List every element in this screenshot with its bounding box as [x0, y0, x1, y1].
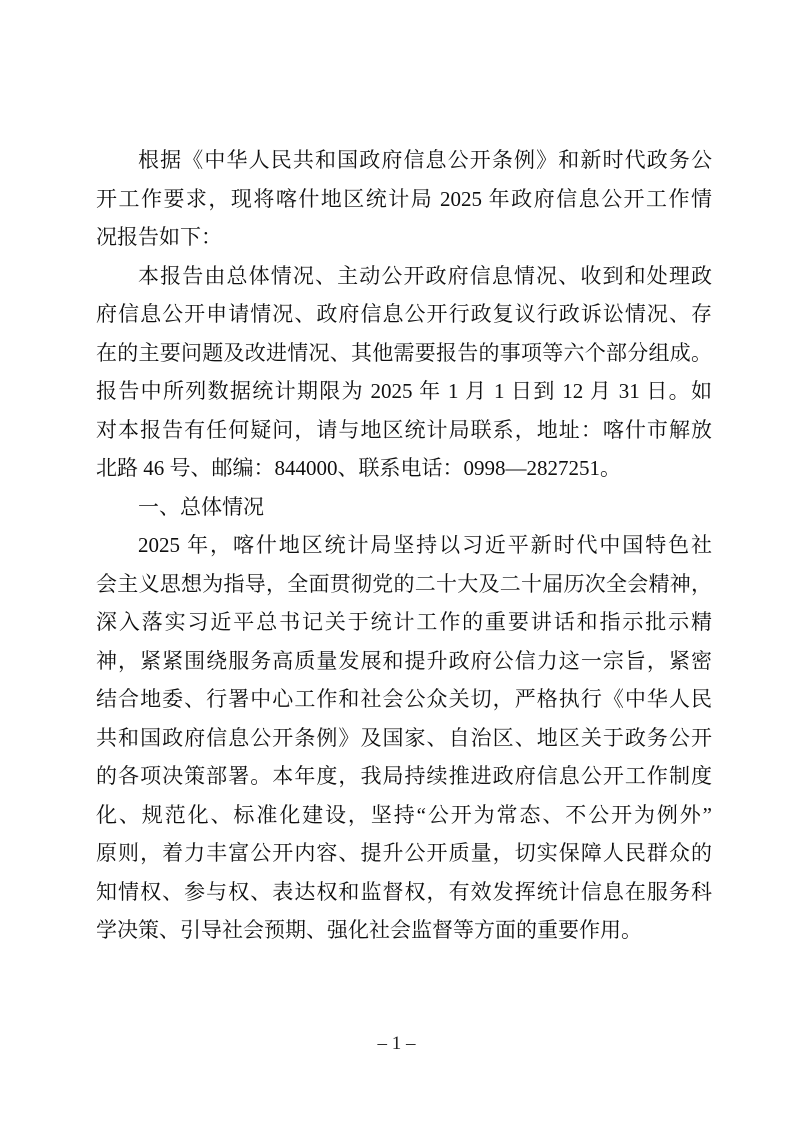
page-number: – 1 –: [378, 1033, 416, 1054]
body-line: 开工作要求，现将喀什地区统计局 2025 年政府信息公开工作情: [96, 180, 712, 219]
section-heading: 一、总体情况: [96, 488, 712, 527]
body-line: 的各项决策部署。本年度，我局持续推进政府信息公开工作制度: [96, 757, 712, 796]
document-body: 根据《中华人民共和国政府信息公开条例》和新时代政务公 开工作要求，现将喀什地区统…: [96, 141, 712, 950]
body-line: 结合地委、行署中心工作和社会公众关切，严格执行《中华人民: [96, 680, 712, 719]
paragraph-section-1-body: 2025 年，喀什地区统计局坚持以习近平新时代中国特色社 会主义思想为指导，全面…: [96, 526, 712, 950]
body-line: 本报告由总体情况、主动公开政府信息情况、收到和处理政: [96, 257, 712, 296]
body-line: 北路 46 号、邮编：844000、联系电话：0998—2827251。: [96, 449, 712, 488]
body-line: 化、规范化、标准化建设，坚持“公开为常态、不公开为例外”: [96, 796, 712, 835]
body-line: 报告中所列数据统计期限为 2025 年 1 月 1 日到 12 月 31 日。如: [96, 372, 712, 411]
paragraph-report-structure: 本报告由总体情况、主动公开政府信息情况、收到和处理政 府信息公开申请情况、政府信…: [96, 257, 712, 488]
body-line: 根据《中华人民共和国政府信息公开条例》和新时代政务公: [96, 141, 712, 180]
body-line: 学决策、引导社会预期、强化社会监督等方面的重要作用。: [96, 911, 712, 950]
body-line: 知情权、参与权、表达权和监督权，有效发挥统计信息在服务科: [96, 873, 712, 912]
body-line: 原则，着力丰富公开内容、提升公开质量，切实保障人民群众的: [96, 834, 712, 873]
body-line: 会主义思想为指导，全面贯彻党的二十大及二十届历次全会精神，: [96, 565, 712, 604]
document-page: 根据《中华人民共和国政府信息公开条例》和新时代政务公 开工作要求，现将喀什地区统…: [0, 0, 793, 1122]
body-line: 共和国政府信息公开条例》及国家、自治区、地区关于政务公开: [96, 719, 712, 758]
body-line: 府信息公开申请情况、政府信息公开行政复议行政诉讼情况、存: [96, 295, 712, 334]
body-line: 深入落实习近平总书记关于统计工作的重要讲话和指示批示精: [96, 603, 712, 642]
page-footer: – 1 –: [0, 1031, 793, 1057]
paragraph-intro: 根据《中华人民共和国政府信息公开条例》和新时代政务公 开工作要求，现将喀什地区统…: [96, 141, 712, 257]
body-line: 2025 年，喀什地区统计局坚持以习近平新时代中国特色社: [96, 526, 712, 565]
body-line: 况报告如下：: [96, 218, 712, 257]
body-line: 神，紧紧围绕服务高质量发展和提升政府公信力这一宗旨，紧密: [96, 642, 712, 681]
body-line: 对本报告有任何疑问，请与地区统计局联系，地址：喀什市解放: [96, 411, 712, 450]
body-line: 在的主要问题及改进情况、其他需要报告的事项等六个部分组成。: [96, 334, 712, 373]
section-1: 一、总体情况: [96, 488, 712, 527]
